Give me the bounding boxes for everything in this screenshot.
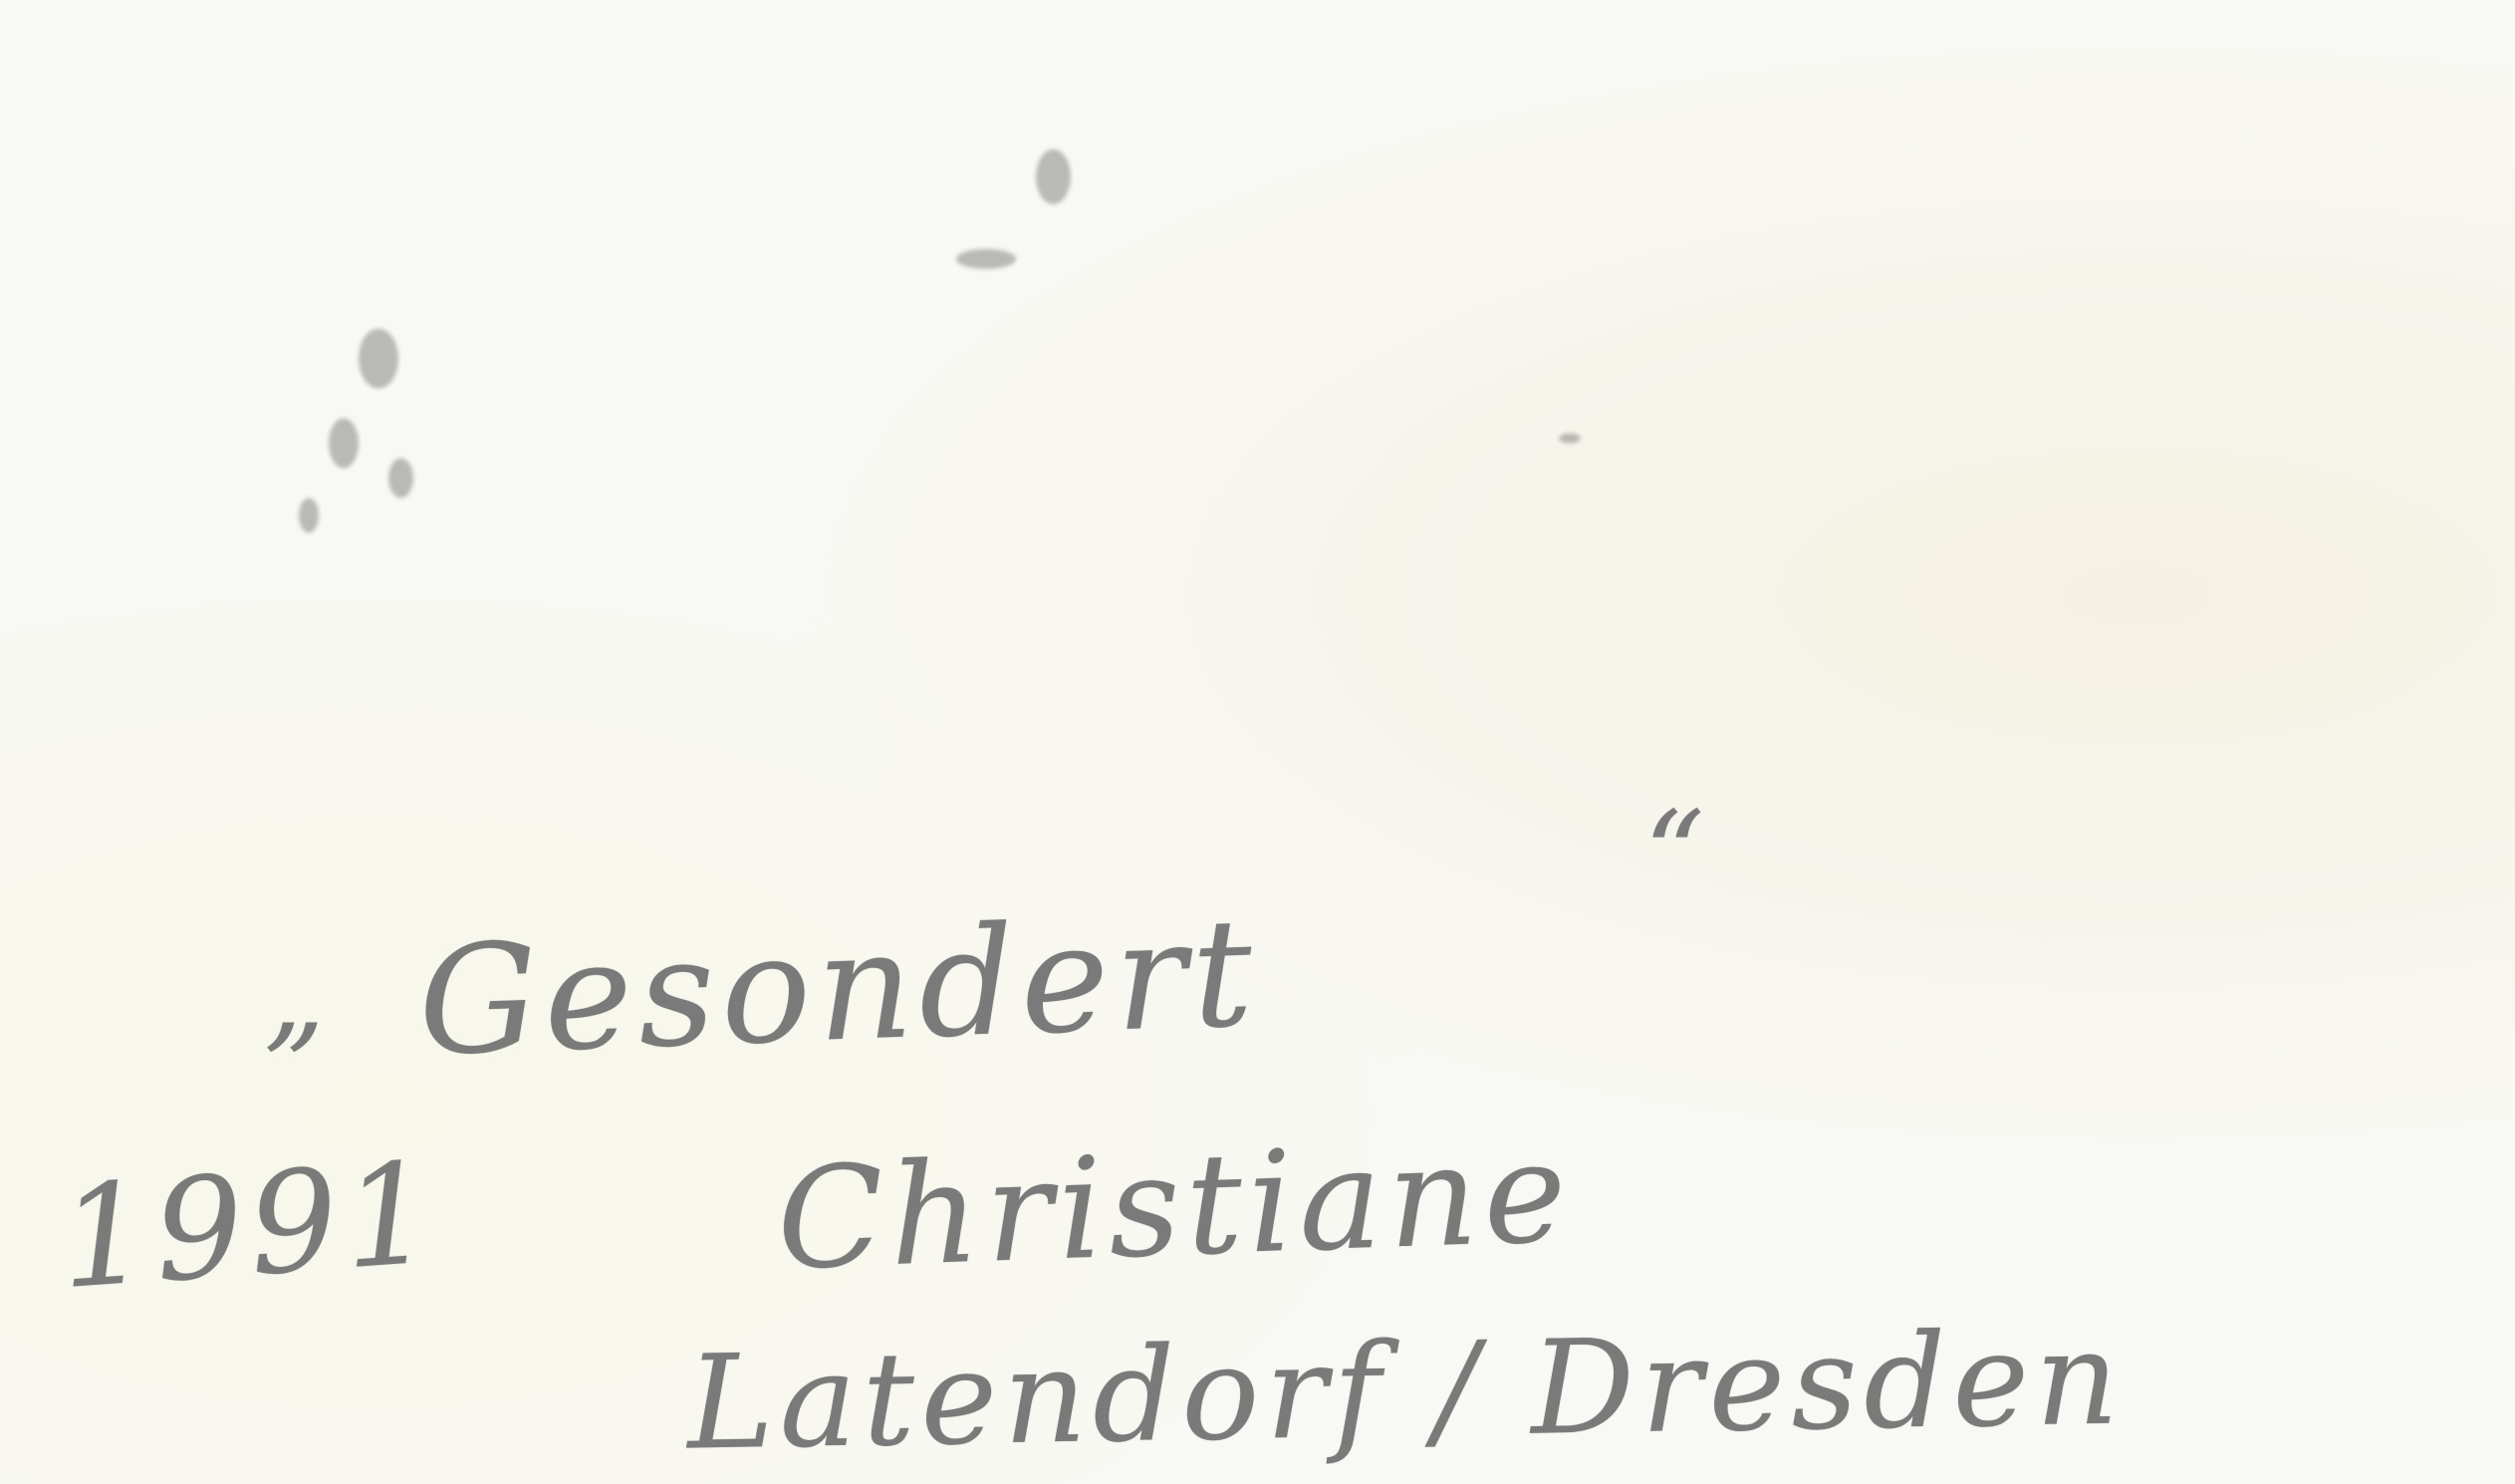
- smudge-mark: [329, 418, 359, 468]
- smudge-mark: [956, 249, 1016, 269]
- artwork-title: Gesondert: [415, 886, 1261, 1089]
- artist-name: Christiane: [774, 1112, 1575, 1302]
- title-open-quote: „: [264, 926, 332, 1065]
- smudge-mark: [1036, 149, 1071, 204]
- inscription-year: 1991: [55, 1132, 444, 1321]
- title-close-quote: “: [1643, 787, 1710, 925]
- artist-location: Latendorf / Dresden: [686, 1302, 2126, 1478]
- smudge-mark: [1559, 433, 1581, 443]
- smudge-mark: [388, 458, 413, 498]
- smudge-mark: [299, 498, 319, 533]
- smudge-mark: [359, 329, 398, 388]
